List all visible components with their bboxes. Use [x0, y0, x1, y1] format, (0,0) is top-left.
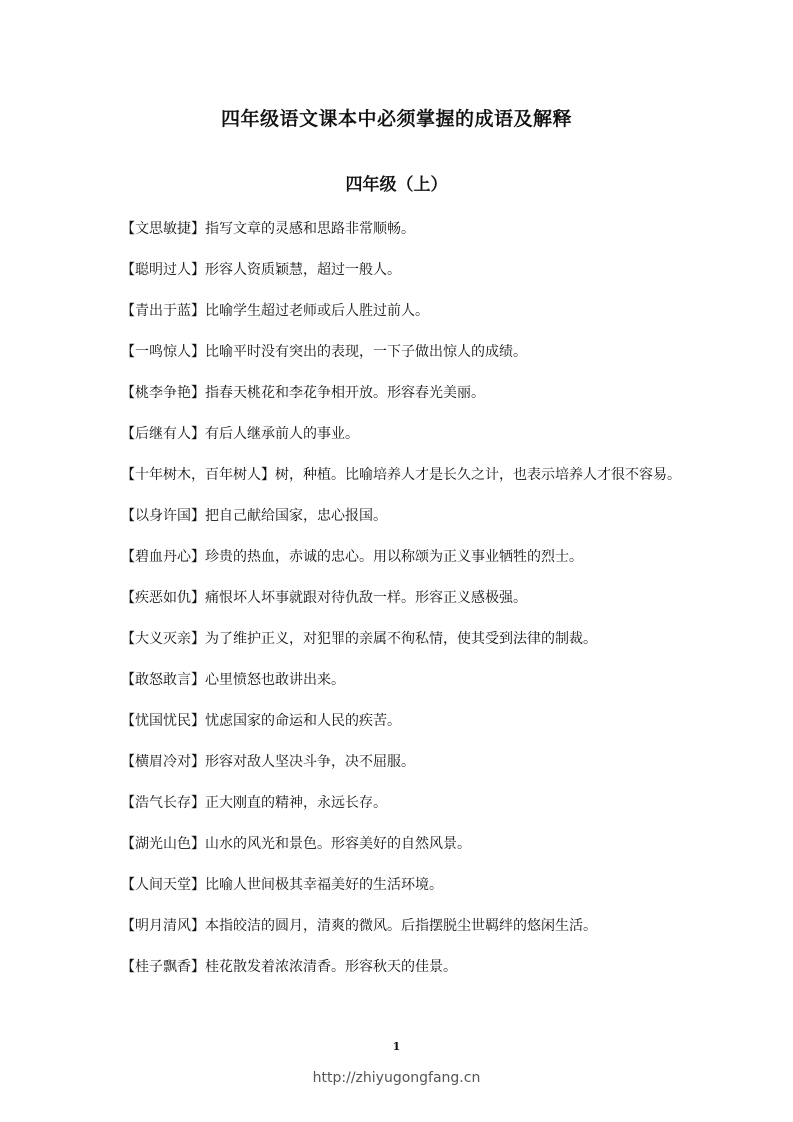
idiom-entry: 以身许国把自己献给国家，忠心报国。	[121, 506, 681, 526]
idiom-entry: 横眉冷对形容对敌人坚决斗争，决不屈服。	[121, 752, 681, 772]
idiom-entry: 明月清风本指皎洁的圆月，清爽的微风。后指摆脱尘世羁绊的悠闲生活。	[121, 916, 681, 936]
idiom-entry: 文思敏捷指写文章的灵感和思路非常顺畅。	[121, 219, 681, 239]
idiom-term: 一鸣惊人	[121, 344, 205, 360]
idiom-term: 大义灭亲	[121, 631, 205, 647]
idiom-definition: 指春天桃花和李花争相开放。形容春光美丽。	[205, 385, 485, 401]
idiom-definition: 正大刚直的精神，永远长存。	[205, 795, 387, 811]
idiom-definition: 有后人继承前人的事业。	[205, 426, 359, 442]
idiom-entry: 桂子飘香桂花散发着浓浓清香。形容秋天的佳景。	[121, 957, 681, 977]
idiom-term: 浩气长存	[121, 795, 205, 811]
idiom-definition: 痛恨坏人坏事就跟对待仇敌一样。形容正义感极强。	[205, 590, 527, 606]
idiom-definition: 形容对敌人坚决斗争，决不屈服。	[205, 754, 415, 770]
idiom-entry: 湖光山色山水的风光和景色。形容美好的自然风景。	[121, 834, 681, 854]
idiom-definition: 树，种植。比喻培养人才是长久之计，也表示培养人才很不容易。	[275, 467, 681, 483]
idiom-term: 后继有人	[121, 426, 205, 442]
idiom-definition: 珍贵的热血，赤诚的忠心。用以称颂为正义事业牺牲的烈士。	[205, 549, 583, 565]
idiom-entry: 浩气长存正大刚直的精神，永远长存。	[121, 793, 681, 813]
idiom-entry: 青出于蓝比喻学生超过老师或后人胜过前人。	[121, 301, 681, 321]
idiom-definition: 忧虑国家的命运和人民的疾苦。	[205, 713, 401, 729]
idiom-entry: 碧血丹心珍贵的热血，赤诚的忠心。用以称颂为正义事业牺牲的烈士。	[121, 547, 681, 567]
idiom-definition: 把自己献给国家，忠心报国。	[205, 508, 387, 524]
idiom-definition: 比喻平时没有突出的表现，一下子做出惊人的成绩。	[205, 344, 527, 360]
idiom-term: 横眉冷对	[121, 754, 205, 770]
idiom-term: 敢怒敢言	[121, 672, 205, 688]
idiom-entry: 大义灭亲为了维护正义，对犯罪的亲属不徇私情，使其受到法律的制裁。	[121, 629, 681, 649]
idiom-entry: 桃李争艳指春天桃花和李花争相开放。形容春光美丽。	[121, 383, 681, 403]
idiom-definition: 比喻学生超过老师或后人胜过前人。	[205, 303, 429, 319]
idiom-entry: 忧国忧民忧虑国家的命运和人民的疾苦。	[121, 711, 681, 731]
idiom-term: 文思敏捷	[121, 221, 205, 237]
idiom-entry: 十年树木，百年树人树，种植。比喻培养人才是长久之计，也表示培养人才很不容易。	[121, 465, 681, 485]
document-page: 四年级语文课本中必须掌握的成语及解释 四年级（上） 文思敏捷指写文章的灵感和思路…	[0, 0, 793, 1122]
idiom-term: 明月清风	[121, 918, 205, 934]
idiom-entry: 疾恶如仇痛恨坏人坏事就跟对待仇敌一样。形容正义感极强。	[121, 588, 681, 608]
section-heading: 四年级（上）	[0, 170, 793, 195]
idiom-definition: 形容人资质颖慧，超过一般人。	[205, 262, 401, 278]
idiom-definition: 桂花散发着浓浓清香。形容秋天的佳景。	[205, 959, 457, 975]
idiom-definition: 比喻人世间极其幸福美好的生活环境。	[205, 877, 443, 893]
idiom-term: 碧血丹心	[121, 549, 205, 565]
idiom-term: 青出于蓝	[121, 303, 205, 319]
idiom-term: 湖光山色	[121, 836, 205, 852]
page-number: 1	[0, 1040, 793, 1053]
idiom-entry: 后继有人有后人继承前人的事业。	[121, 424, 681, 444]
idiom-list: 文思敏捷指写文章的灵感和思路非常顺畅。 聪明过人形容人资质颖慧，超过一般人。 青…	[121, 219, 681, 998]
idiom-term: 人间天堂	[121, 877, 205, 893]
idiom-definition: 为了维护正义，对犯罪的亲属不徇私情，使其受到法律的制裁。	[205, 631, 597, 647]
idiom-term: 以身许国	[121, 508, 205, 524]
idiom-term: 忧国忧民	[121, 713, 205, 729]
idiom-entry: 聪明过人形容人资质颖慧，超过一般人。	[121, 260, 681, 280]
idiom-definition: 本指皎洁的圆月，清爽的微风。后指摆脱尘世羁绊的悠闲生活。	[205, 918, 597, 934]
idiom-entry: 敢怒敢言心里愤怒也敢讲出来。	[121, 670, 681, 690]
idiom-entry: 人间天堂比喻人世间极其幸福美好的生活环境。	[121, 875, 681, 895]
idiom-term: 聪明过人	[121, 262, 205, 278]
idiom-definition: 指写文章的灵感和思路非常顺畅。	[205, 221, 415, 237]
idiom-term: 桂子飘香	[121, 959, 205, 975]
idiom-definition: 心里愤怒也敢讲出来。	[205, 672, 345, 688]
idiom-entry: 一鸣惊人比喻平时没有突出的表现，一下子做出惊人的成绩。	[121, 342, 681, 362]
document-title: 四年级语文课本中必须掌握的成语及解释	[0, 104, 793, 131]
idiom-term: 疾恶如仇	[121, 590, 205, 606]
idiom-term: 桃李争艳	[121, 385, 205, 401]
idiom-definition: 山水的风光和景色。形容美好的自然风景。	[205, 836, 471, 852]
idiom-term: 十年树木，百年树人	[121, 467, 275, 483]
footer-url: http://zhiyugongfang.cn	[0, 1070, 793, 1086]
